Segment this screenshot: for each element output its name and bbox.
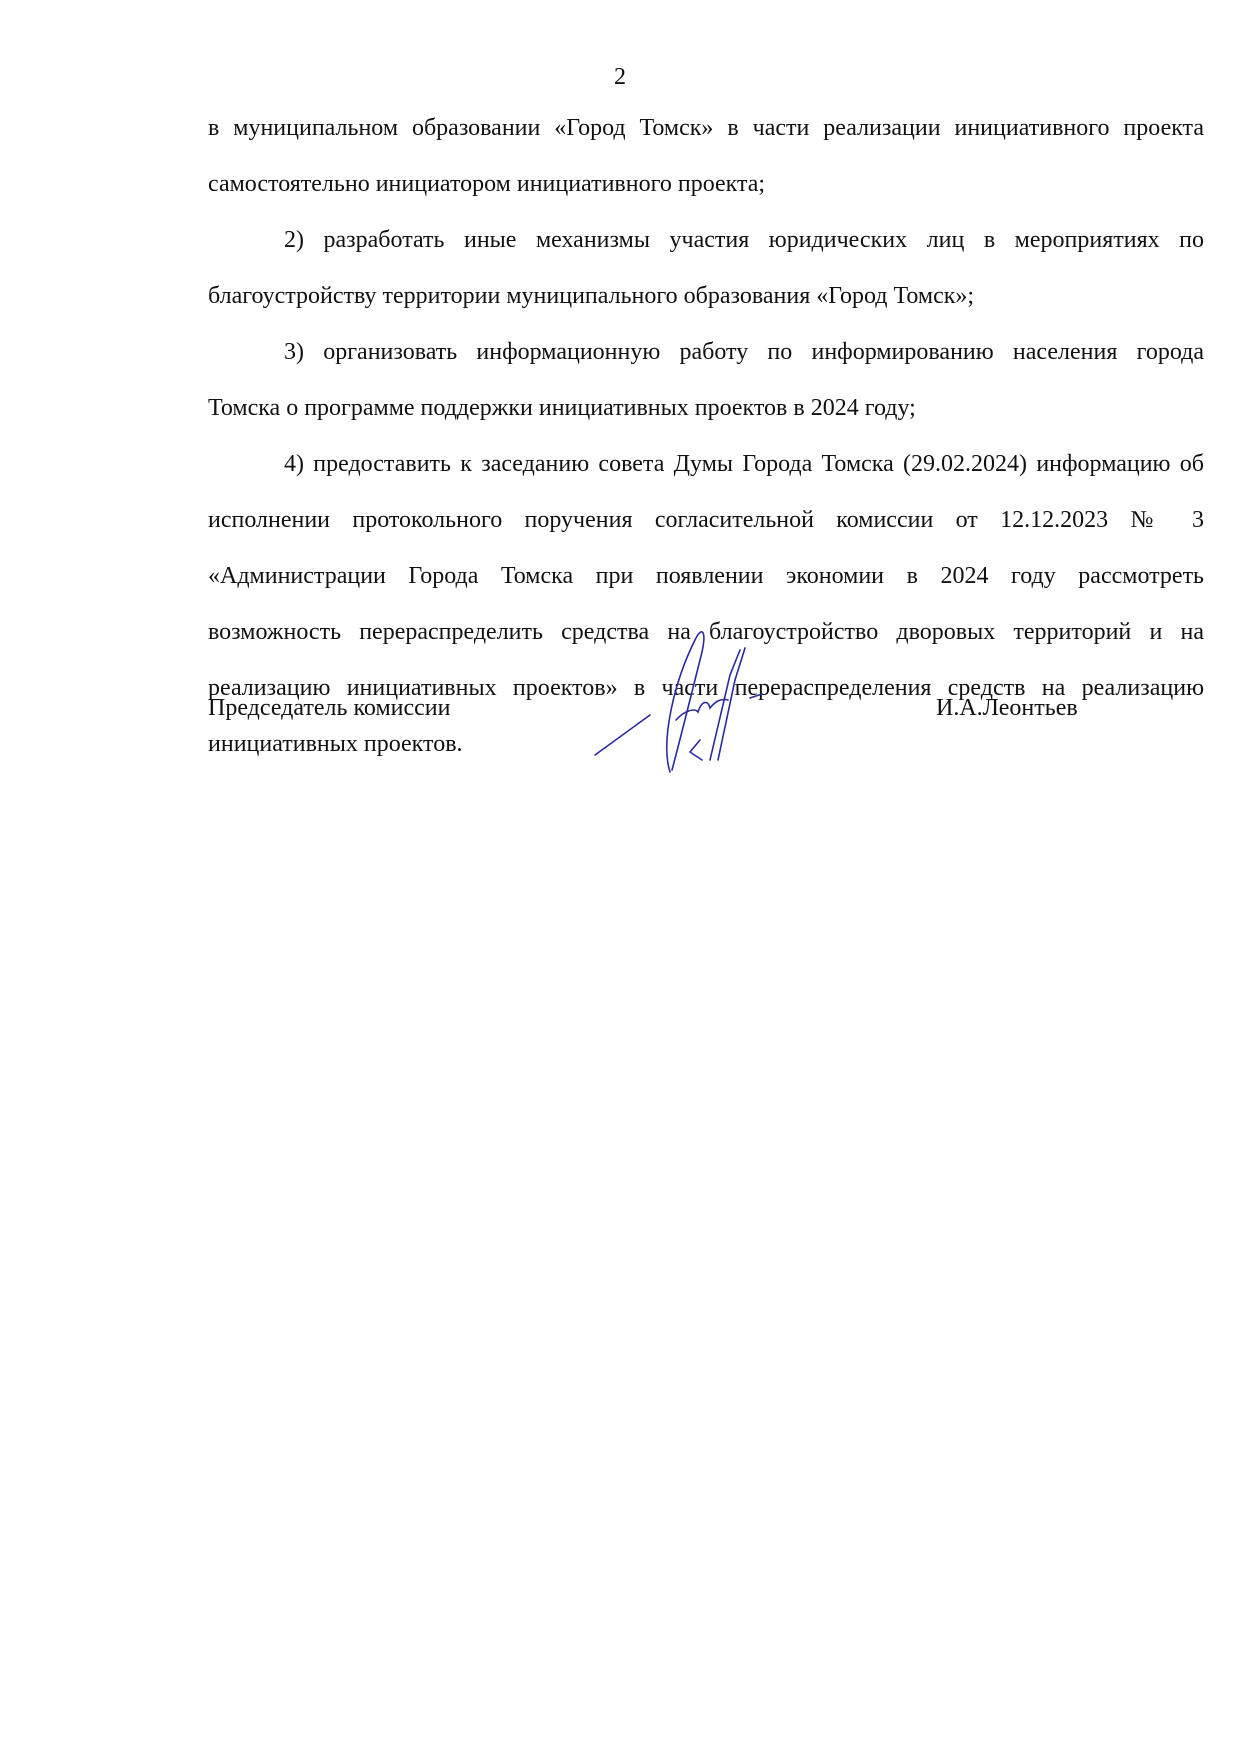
text-line: Томска о программе поддержки инициативны…	[208, 394, 1204, 422]
text-line: 2) разработать иные механизмы участия юр…	[284, 226, 1204, 254]
text-line: самостоятельно инициатором инициативного…	[208, 170, 1204, 198]
text-line: в муниципальном образовании «Город Томск…	[208, 114, 1204, 142]
text-line: 4) предоставить к заседанию совета Думы …	[284, 450, 1204, 478]
text-line: благоустройству территории муниципальног…	[208, 282, 1204, 310]
signature-icon	[590, 620, 820, 780]
chairman-title: Председатель комиссии	[208, 695, 450, 722]
text-line: исполнении протокольного поручения согла…	[208, 506, 1204, 534]
chairman-name: И.А.Леонтьев	[936, 695, 1078, 722]
text-line: 3) организовать информационную работу по…	[284, 338, 1204, 366]
text-line: «Администрации Города Томска при появлен…	[208, 562, 1204, 590]
page-number: 2	[0, 64, 1240, 91]
